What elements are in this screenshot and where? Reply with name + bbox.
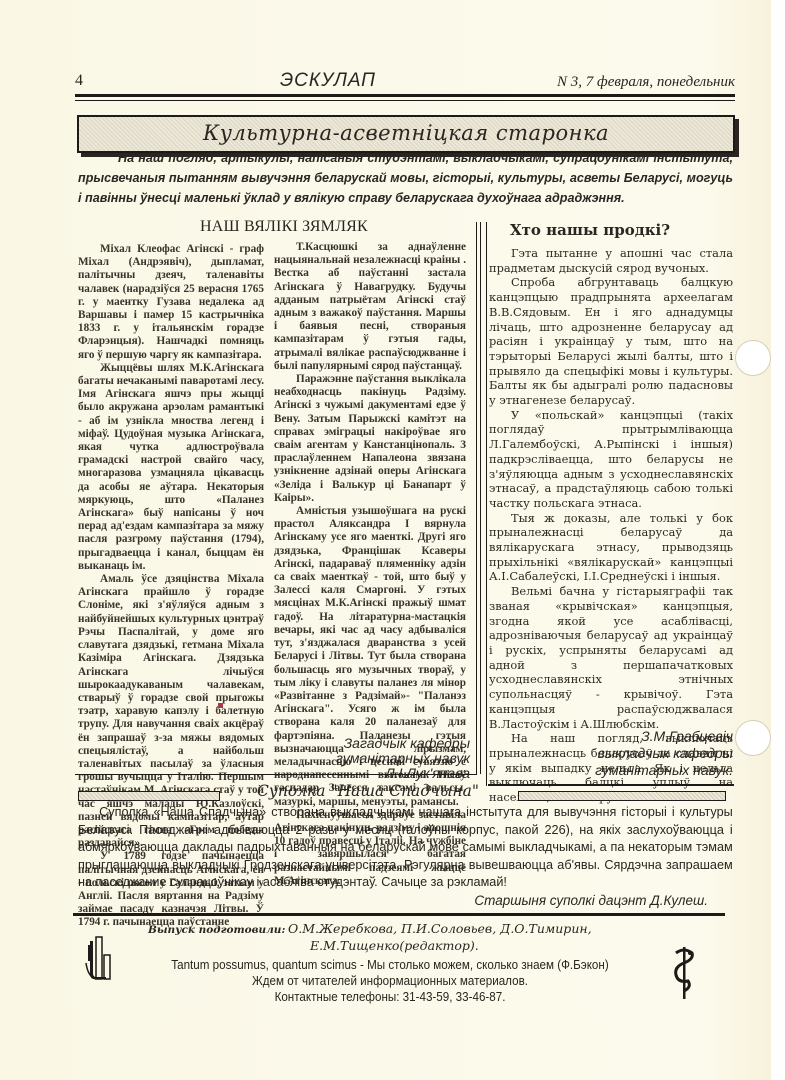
footer-text: Tantum possumus, quantum scimus - Мы сто… <box>110 957 670 1005</box>
ink-mark <box>218 703 223 708</box>
signature-line: гуманітарных навук <box>278 751 470 766</box>
punch-hole <box>735 720 771 756</box>
masthead: 4 ЭСКУЛАП N 3, 7 февраля, понедельник <box>75 70 735 92</box>
banner-title: Культурна-асветніцкая старонка <box>79 121 733 145</box>
credits-names: О.М.Жеребкова, П.И.Соловьев, Д.О.Тимирин… <box>288 920 668 954</box>
caduceus-icon <box>672 945 696 1000</box>
paragraph: Спроба абгрунтаваць балцкую канцэпцыю пр… <box>489 275 733 407</box>
decorative-bar <box>78 791 220 801</box>
newspaper-page: 4 ЭСКУЛАП N 3, 7 февраля, понедельник Ку… <box>0 0 785 1080</box>
paragraph: Вельмі бачна у гістарыяграфіі так званая… <box>489 584 733 731</box>
lead-paragraph: На наш погляд, артыкулы, напісаныя студэ… <box>78 148 733 208</box>
paragraph: Міхал Клеофас Агінскі - граф Міхал (Андр… <box>78 243 264 362</box>
credits-line: Е.М.Тищенко(редактор). <box>288 937 668 954</box>
motto: Tantum possumus, quantum scimus - Мы сто… <box>130 957 651 973</box>
paragraph: Гэта пытанне у апошні час стала прадмета… <box>489 246 733 275</box>
page-number: 4 <box>75 72 83 90</box>
page-edge <box>771 0 785 1080</box>
header-rule <box>75 94 735 97</box>
column-divider <box>486 222 487 786</box>
section-body: Суполка «Наша Спадчына» створана выкладч… <box>78 803 733 891</box>
column-rule <box>75 774 477 775</box>
paragraph: Тыя ж доказы, але толькі у бок прыналежн… <box>489 511 733 585</box>
credits-label: Выпуск подготовили: <box>148 924 285 936</box>
credits-line: О.М.Жеребкова, П.И.Соловьев, Д.О.Тимирин… <box>288 920 668 937</box>
footer-rule <box>73 913 725 916</box>
punch-hole <box>735 340 771 376</box>
request-note: Ждем от читателей информационных материа… <box>130 973 651 989</box>
paper-name: ЭСКУЛАП <box>280 70 376 92</box>
paragraph: Жыццёвы шлях М.К.Агінскага багаты нечака… <box>78 362 264 573</box>
paragraph: Паражэнне паўстання выклікала неабходнас… <box>274 373 466 505</box>
article-title: НАШ ВЯЛІКІ ЗЯМЛЯК <box>200 218 400 236</box>
section-title: Суполка "Наша Спадчына" <box>228 782 508 800</box>
header-rule-thin <box>75 100 735 101</box>
signature-line: гуманітарных навук. <box>489 762 733 779</box>
contact-phones: Контактные телефоны: 31-43-59, 33-46-87. <box>130 989 651 1005</box>
section-signature: Старшыня суполкі дацэнт Д.Кулеш. <box>78 893 708 908</box>
signature-line: выкладчык кафедры <box>489 745 733 762</box>
column-rule <box>488 784 734 786</box>
column-divider <box>476 222 481 774</box>
article-title: Хто нашы продкі? <box>510 221 710 239</box>
article2-column: Гэта пытанне у апошні час стала прадмета… <box>489 246 733 805</box>
paragraph: У «польскай» канцэпцыі (такіх поглядаў п… <box>489 408 733 511</box>
signature-line: Загадчык кафедры <box>278 736 470 751</box>
signature-line: З.М.Грабцевіч <box>489 728 733 745</box>
paragraph: Т.Касцюшкі за аднаўленне нацыянальнай не… <box>274 241 466 373</box>
article2-signature: З.М.Грабцевіч выкладчык кафедры гуманіта… <box>489 728 733 779</box>
decorative-bar <box>518 791 726 801</box>
issue-info: N 3, 7 февраля, понедельник <box>557 74 735 91</box>
